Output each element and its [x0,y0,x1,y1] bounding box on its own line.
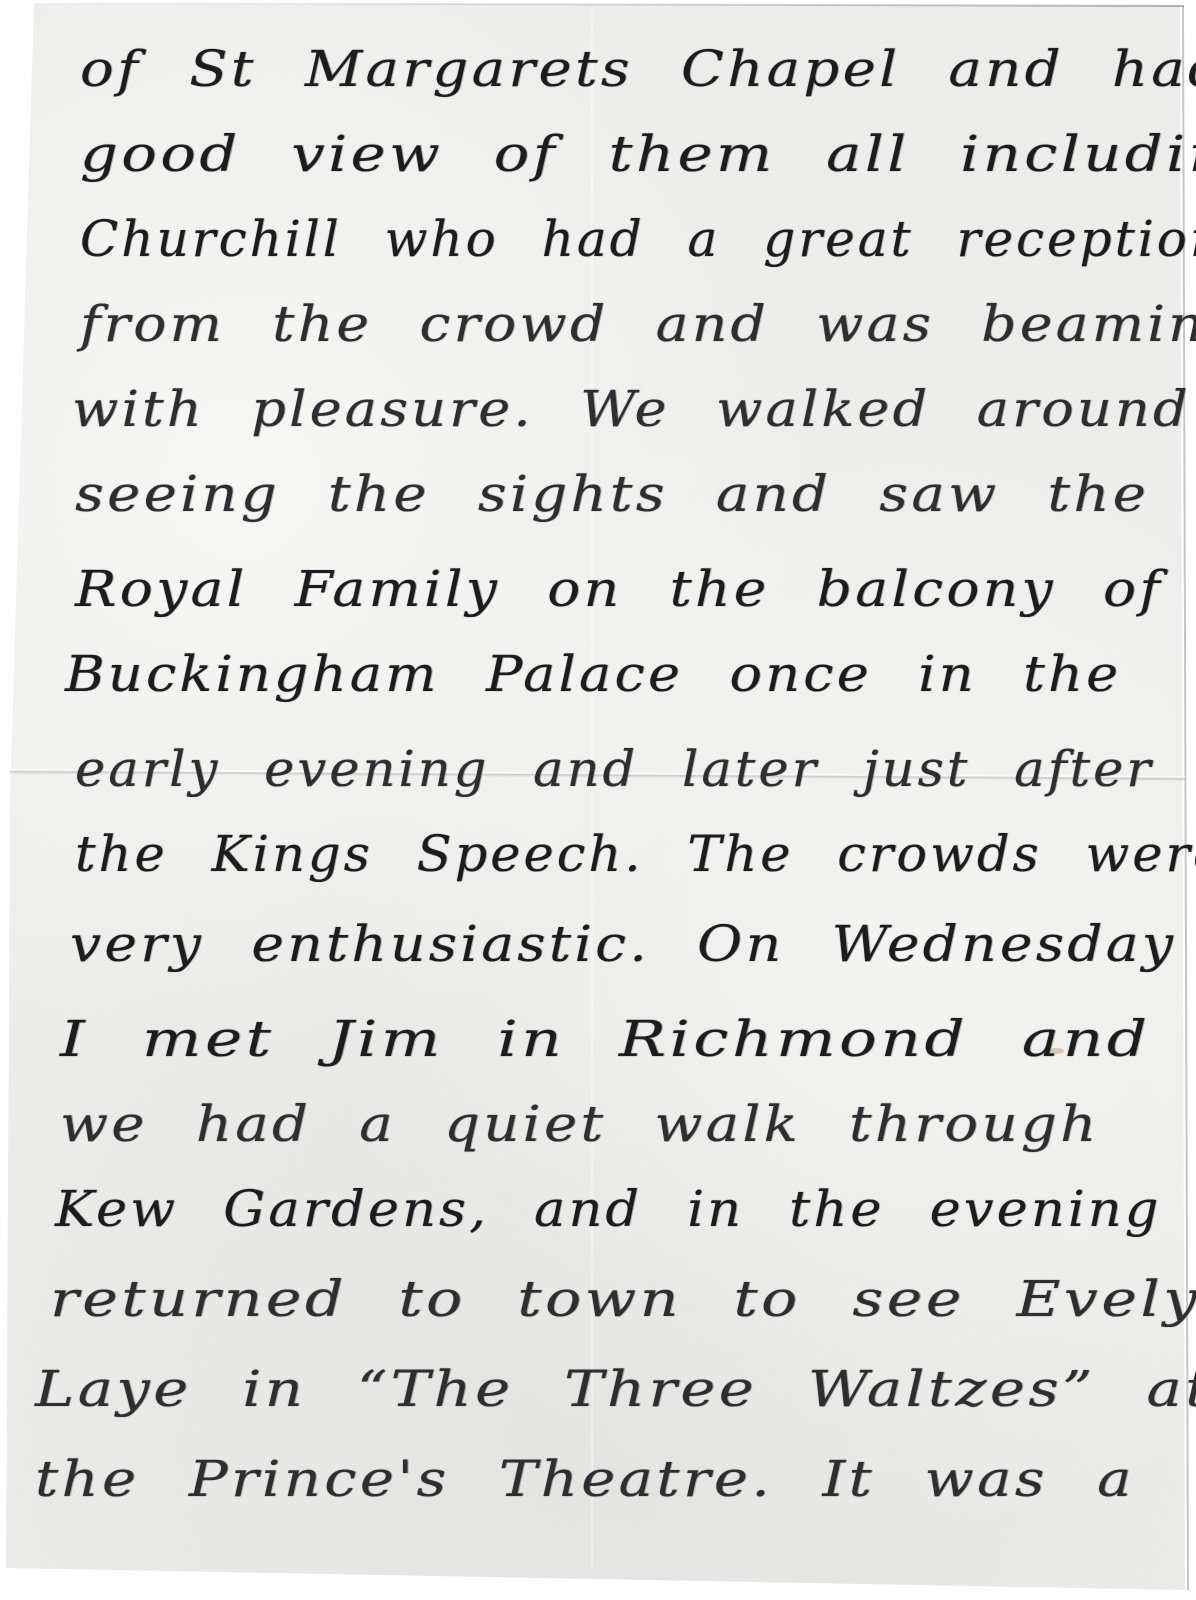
scanned-page: of St Margarets Chapel and had a good vi… [0,0,1196,1600]
letter-line-6: seeing the sights and saw the [75,465,1149,523]
letter-line-16: Laye in “The Three Waltzes” at [35,1360,1196,1418]
letter-line-4: from the crowd and was beaming [80,295,1196,353]
letter-line-7: Royal Family on the balcony of [75,560,1163,618]
letter-line-3: Churchill who had a great reception [80,210,1196,268]
letter-line-17: the Prince's Theatre. It was a [35,1450,1135,1508]
letter-line-1: of St Margarets Chapel and had a [80,40,1196,98]
letter-line-14: Kew Gardens, and in the evening [55,1180,1161,1238]
letter-line-13: we had a quiet walk through [60,1095,1100,1153]
letter-line-2: good view of them all including [80,125,1196,183]
letter-line-11: very enthusiastic. On Wednesday [70,915,1176,973]
letter-body: of St Margarets Chapel and had a good vi… [0,0,1196,1600]
letter-line-8: Buckingham Palace once in the [65,645,1121,703]
letter-line-5: with pleasure. We walked around [72,380,1191,438]
letter-line-9: early evening and later just after [75,740,1154,798]
letter-line-12: I met Jim in Richmond and [60,1010,1151,1068]
letter-line-15: returned to town to see Evelyn [50,1270,1196,1328]
letter-line-10: the Kings Speech. The crowds were [75,825,1196,883]
